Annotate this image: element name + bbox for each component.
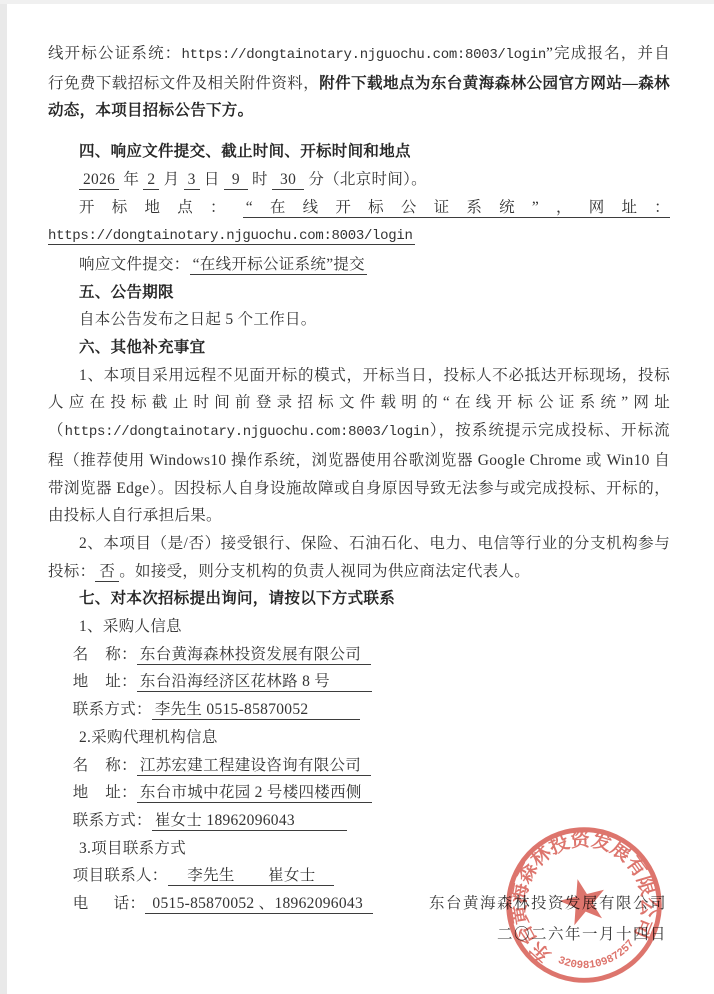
purchaser-title: 1、采购人信息 [48,613,670,641]
purchaser-name-row: 名 称：东台黄海森林投资发展有限公司 [48,641,670,669]
announcement-period: 自本公告发布之日起 5 个工作日。 [48,306,670,334]
company-seal: 东台黄海森林投资发展有限公司 3209810987257 [503,824,665,986]
hour-unit: 时 [248,171,268,188]
opening-year: 2026 [79,171,119,190]
purchaser-contact-row: 联系方式：李先生 0515-85870052 [48,696,670,724]
section6-heading: 六、其他补充事宜 [48,334,670,362]
opening-month: 2 [143,171,159,190]
seal-star-icon [555,873,610,927]
agency-name-value: 江苏宏建工程建设咨询有限公司 [137,757,371,776]
item2-text-2: 。如接受，则分支机构的负责人视同为供应商法定代表人。 [119,563,530,580]
agency-title: 2.采购代理机构信息 [48,724,670,752]
opening-location-label: 开标地点： [79,199,243,216]
intro-paragraph: 线开标公证系统：https://dongtainotary.njguochu.c… [48,40,670,125]
day-unit: 日 [200,171,220,188]
project-phone-value: 0515-85870052 、18962096043 [145,895,373,914]
page-left-edge [0,0,7,994]
opening-hour: 9 [224,171,248,190]
month-unit: 月 [159,171,183,188]
section6-item2: 2、本项目（是/否）接受银行、保险、石油石化、电力、电信等行业的分支机构参与投标… [48,530,670,585]
submit-method-label: 响应文件提交： [79,256,190,273]
opening-location-row: 开标地点：“在线开标公证系统”，网址：https://dongtainotary… [48,194,670,251]
svg-text:3209810987257: 3209810987257 [554,936,641,980]
opening-location-system: “在线开标公证系统”，网址： [246,199,670,216]
agency-contact-value: 崔女士 18962096043 [152,812,347,831]
section4-datetime: 2026 年 2 月 3 日 9 时 30 分（北京时间）。 [48,166,670,194]
minute-unit: 分（北京时间）。 [304,171,427,188]
project-contacts-value: 李先生 崔女士 [168,867,335,886]
section5-heading: 五、公告期限 [48,279,670,307]
intro-text: 线开标公证系统： [48,45,181,62]
agency-name-row: 名 称：江苏宏建工程建设咨询有限公司 [48,752,670,780]
agency-address-value: 东台市城中花园 2 号楼四楼西侧 [137,784,372,803]
opening-day: 3 [184,171,200,190]
seal-number: 3209810987257 [554,936,641,980]
agency-address-label: 地 址： [73,784,137,801]
section4-heading: 四、响应文件提交、截止时间、开标时间和地点 [48,138,670,166]
project-contacts-label: 项目联系人： [73,867,168,884]
opening-minute: 30 [272,171,304,190]
purchaser-contact-label: 联系方式： [73,701,152,718]
purchaser-address-value: 东台沿海经济区花林路 8 号 [137,673,372,692]
branch-answer: 否 [95,563,119,582]
purchaser-address-row: 地 址：东台沿海经济区花林路 8 号 [48,668,670,696]
submit-method-value: “在线开标公证系统”提交 [190,256,367,275]
agency-contact-label: 联系方式： [73,812,152,829]
purchaser-contact-value: 李先生 0515-85870052 [152,701,361,720]
document-body: 线开标公证系统：https://dongtainotary.njguochu.c… [48,40,670,918]
scanned-document-page: 线开标公证系统：https://dongtainotary.njguochu.c… [0,0,714,994]
year-unit: 年 [119,171,143,188]
submit-method-row: 响应文件提交：“在线开标公证系统”提交 [48,251,670,279]
item1-url: https://dongtainotary.njguochu.com:8003/… [65,424,430,440]
agency-address-row: 地 址：东台市城中花园 2 号楼四楼西侧 [48,779,670,807]
agency-name-label: 名 称： [73,757,137,774]
section7-heading: 七、对本次招标提出询问，请按以下方式联系 [48,585,670,613]
purchaser-address-label: 地 址： [73,673,137,690]
intro-url: https://dongtainotary.njguochu.com:8003/… [181,47,546,63]
purchaser-name-label: 名 称： [73,646,137,663]
section6-item1: 1、本项目采用远程不见面开标的模式，开标当日，投标人不必抵达开标现场，投标人应在… [48,362,670,530]
purchaser-name-value: 东台黄海森林投资发展有限公司 [137,646,371,665]
opening-location-url: https://dongtainotary.njguochu.com:8003/… [48,228,413,244]
project-phone-label: 电 话： [73,895,145,912]
page-top-edge [0,0,714,4]
